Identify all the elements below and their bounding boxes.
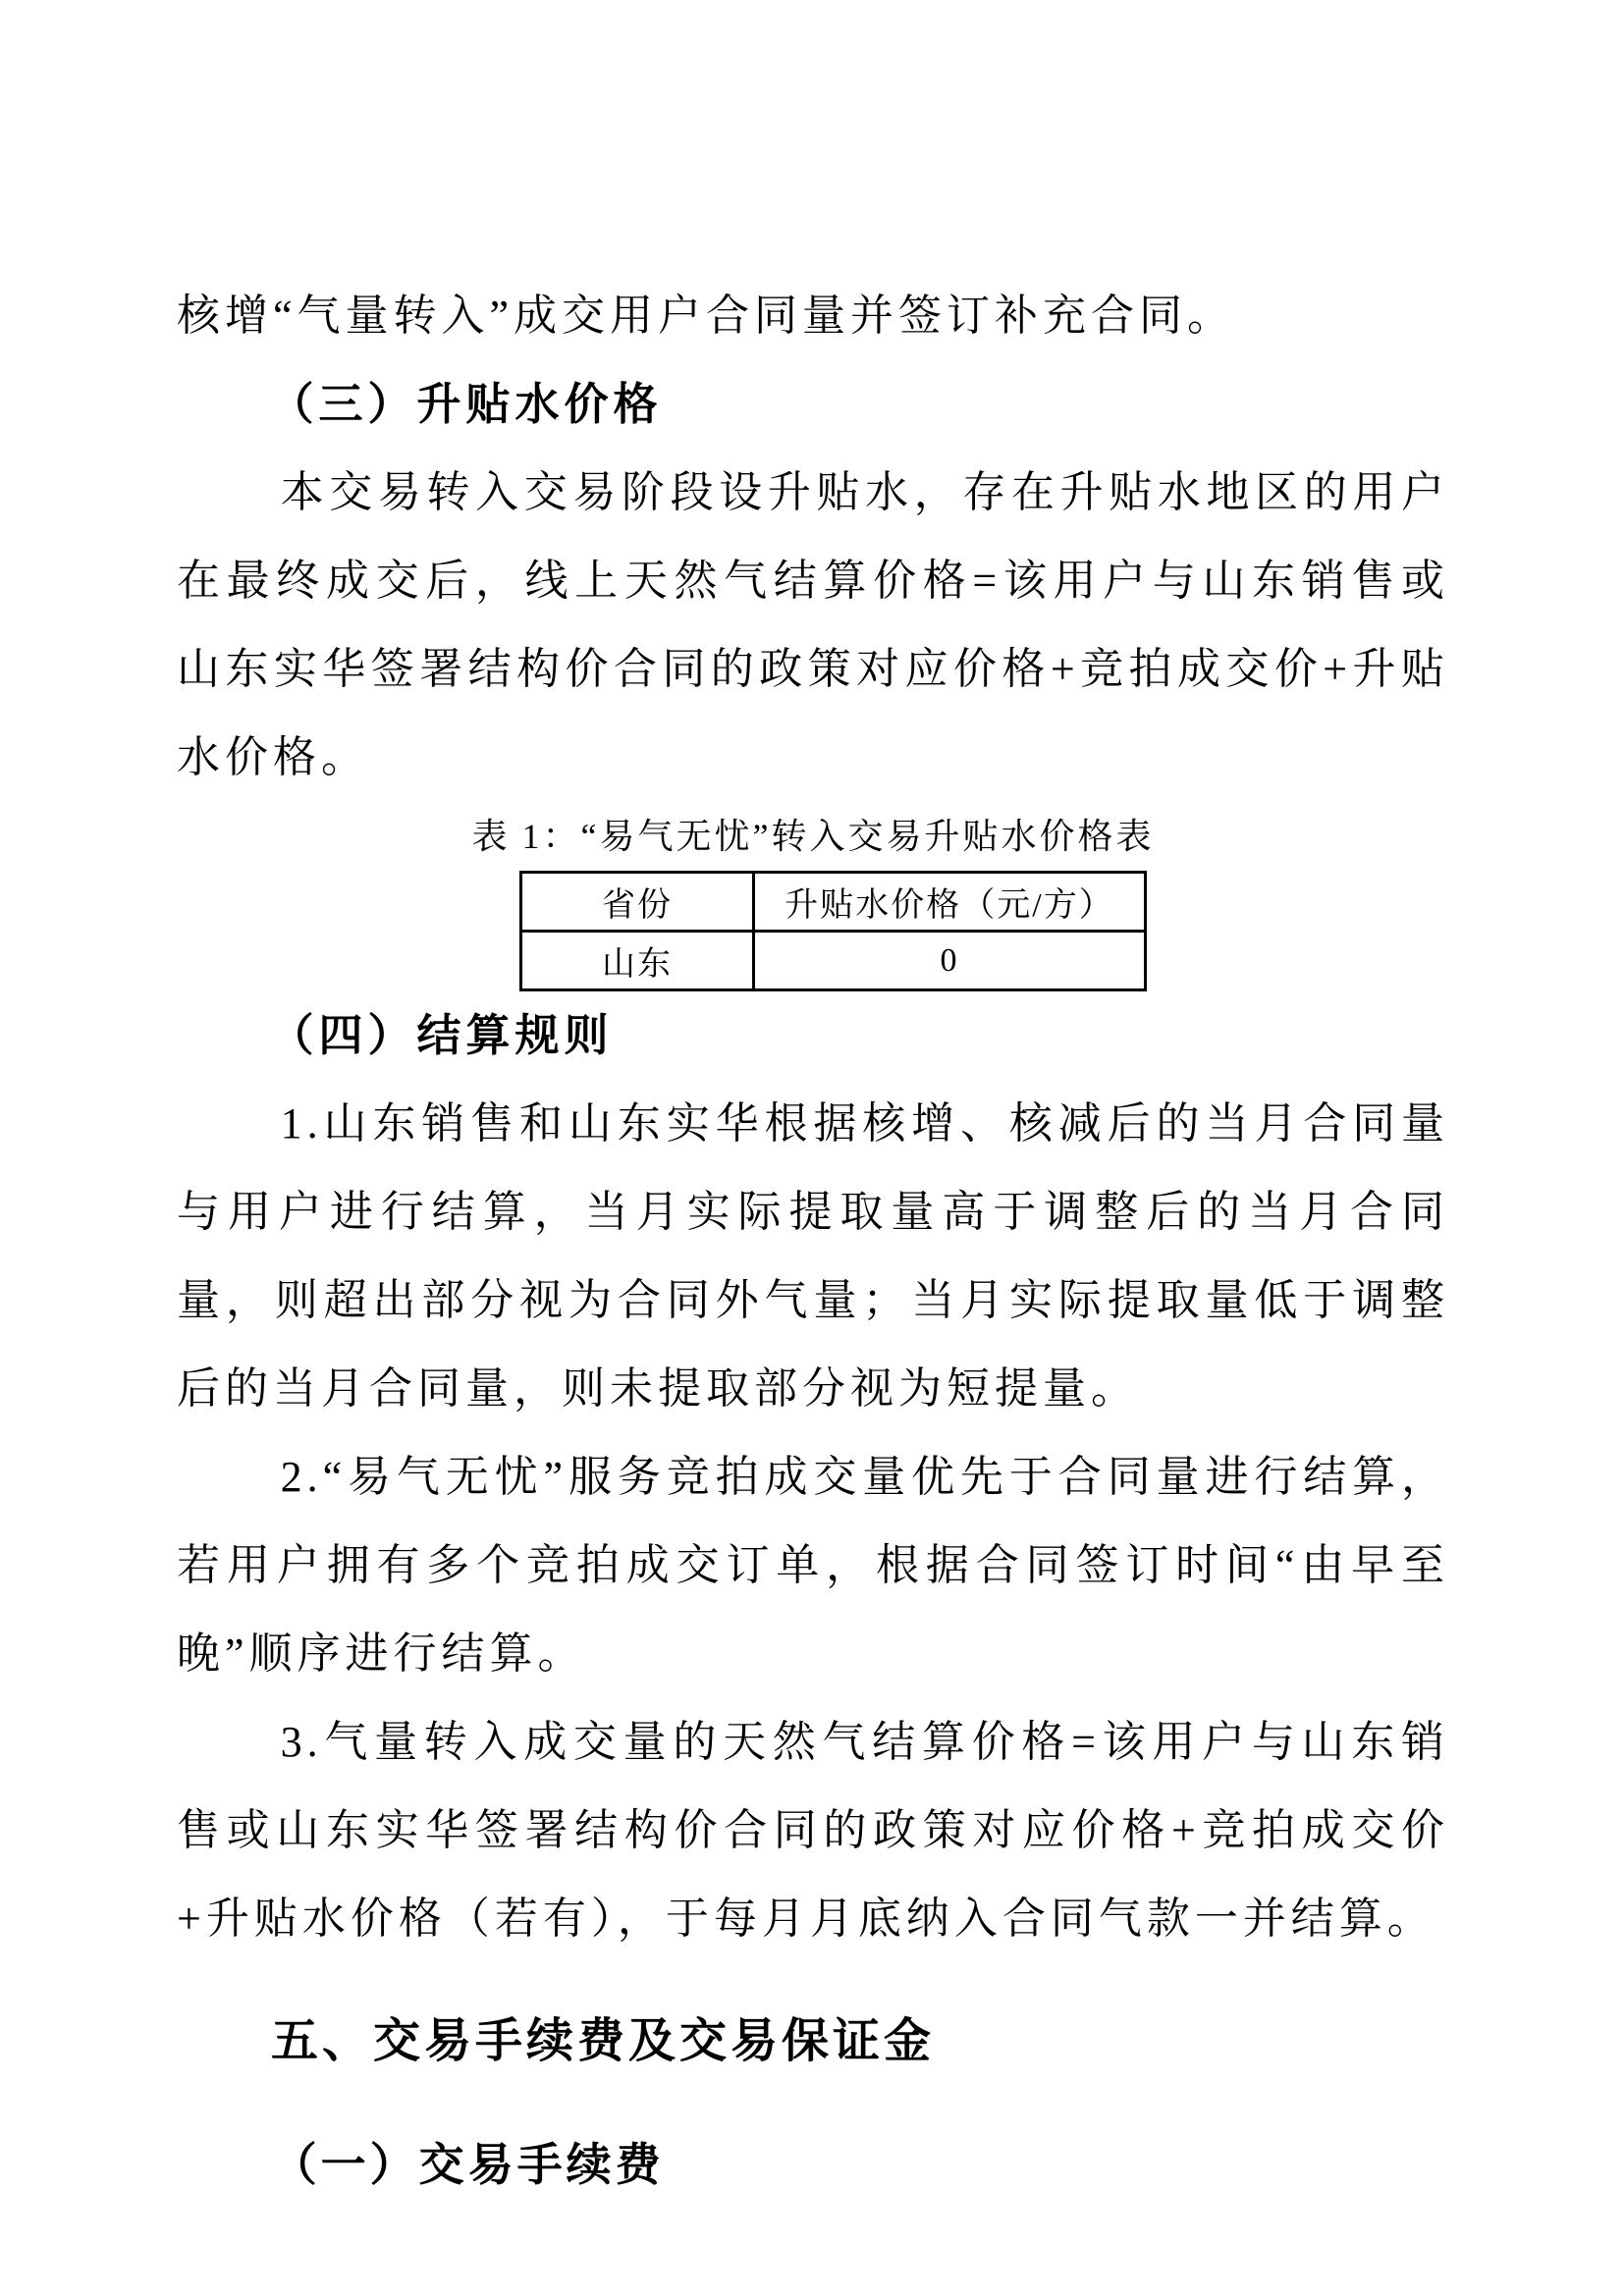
table-cell-province-shandong: 山东 <box>521 932 754 990</box>
table-1-caption: 表 1：“易气无忧”转入交易升贴水价格表 <box>177 802 1449 871</box>
table-row: 山东 0 <box>521 932 1146 990</box>
table-header-row: 省份 升贴水价格（元/方） <box>521 873 1146 932</box>
premium-discount-price-table: 省份 升贴水价格（元/方） 山东 0 <box>519 871 1147 991</box>
document-page: { "page": { "paragraph_continuation": "核… <box>0 0 1624 2296</box>
heading-section-5-fees-and-deposit: 五、交易手续费及交易保证金 <box>177 1993 1449 2091</box>
table-header-province: 省份 <box>521 873 754 932</box>
paragraph-settlement-rule-3: 3.气量转入成交量的天然气结算价格=该用户与山东销售或山东实华签署结构价合同的政… <box>177 1698 1449 1963</box>
heading-section-3-premium-discount-price: （三）升贴水价格 <box>177 360 1449 449</box>
paragraph-settlement-rule-1: 1.山东销售和山东实华根据核增、核减后的当月合同量与用户进行结算，当月实际提取量… <box>177 1080 1449 1433</box>
heading-section-5-1-transaction-fee: （一）交易手续费 <box>177 2116 1449 2215</box>
table-header-premium-price: 升贴水价格（元/方） <box>754 873 1146 932</box>
paragraph-section-3-body: 本交易转入交易阶段设升贴水，存在升贴水地区的用户在最终成交后，线上天然气结算价格… <box>177 449 1449 802</box>
paragraph-settlement-rule-2: 2.“易气无忧”服务竞拍成交量优先于合同量进行结算，若用户拥有多个竞拍成交订单，… <box>177 1433 1449 1698</box>
table-cell-price-value: 0 <box>754 932 1146 990</box>
heading-section-4-settlement-rules: （四）结算规则 <box>177 991 1449 1080</box>
document-body: 核增“气量转入”成交用户合同量并签订补充合同。 （三）升贴水价格 本交易转入交易… <box>0 0 1624 2296</box>
paragraph-continuation: 核增“气量转入”成交用户合同量并签订补充合同。 <box>177 272 1449 360</box>
